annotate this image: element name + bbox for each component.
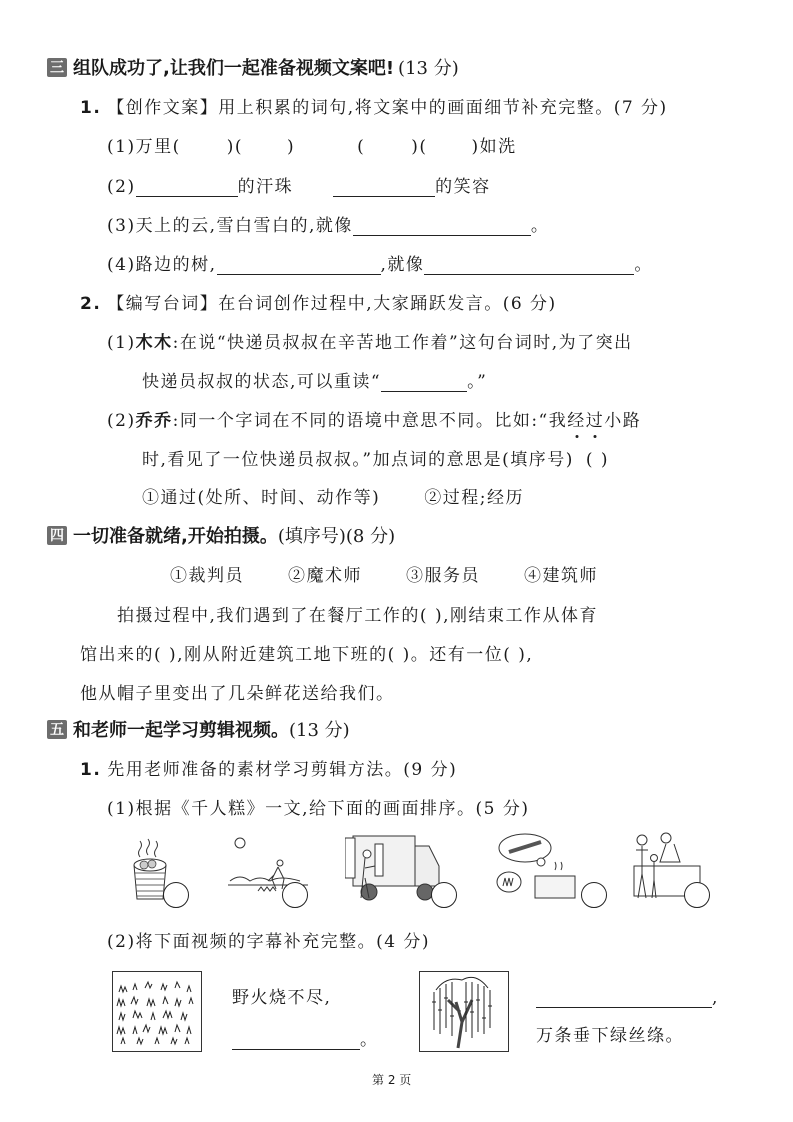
order-answer-circle[interactable] — [431, 882, 457, 908]
item-text: )( — [411, 137, 427, 157]
section5-heading: 五 和老师一起学习剪辑视频。 (13 分) — [47, 716, 350, 742]
q2-item1-line2: 快递员叔叔的状态,可以重读“。” — [142, 367, 487, 392]
section4-para-line2: 馆出来的( ),刚从附近建筑工地下班的( )。还有一位( ), — [80, 640, 533, 665]
answer-blank[interactable] — [232, 1032, 360, 1050]
order-answer-circle[interactable] — [282, 882, 308, 908]
section4-hint: (填序号)(8 分) — [278, 522, 395, 548]
item-text: :同一个字词在不同的语境中意思不同。比如:“我 — [173, 411, 568, 431]
q-number: 1. — [80, 760, 101, 780]
section3-heading: 三 组队成功了,让我们一起准备视频文案吧! (13 分) — [47, 54, 459, 80]
item-text: ,就像 — [381, 255, 425, 275]
item-text: )如洗 — [472, 137, 517, 157]
section5-title: 和老师一起学习剪辑视频。 — [73, 716, 289, 742]
order-answer-circle[interactable] — [684, 882, 710, 908]
speaker-name: 木木 — [136, 333, 173, 353]
item-text: 的汗珠 — [238, 177, 294, 197]
answer-blank[interactable] — [536, 990, 712, 1008]
item-text: ( — [357, 137, 365, 157]
item-text: 。 — [634, 255, 653, 275]
answer-blank[interactable] — [424, 257, 634, 275]
q1-item1: (1)万里()()()()如洗 — [107, 132, 517, 157]
s5-q1-heading: 1.先用老师准备的素材学习剪辑方法。(9 分) — [80, 755, 457, 780]
grassland-illustration — [112, 971, 202, 1052]
item-label: (1) — [107, 137, 136, 157]
section4-title: 一切准备就绪,开始拍摄。 — [73, 522, 278, 548]
answer-blank[interactable] — [333, 179, 435, 197]
item-text: 的笑容 — [435, 177, 491, 197]
order-answer-circle[interactable] — [163, 882, 189, 908]
q2-item2-options: ①通过(处所、时间、动作等)②过程;经历 — [142, 483, 524, 508]
section4-para-line3: 他从帽子里变出了几朵鲜花送给我们。 — [80, 679, 395, 704]
q2-item1-line1: (1)木木:在说“快递员叔叔在辛苦地工作着”这句台词时,为了突出 — [107, 328, 633, 353]
q-title: 先用老师准备的素材学习剪辑方法。(9 分) — [107, 760, 457, 780]
item-text: :在说“快递员叔叔在辛苦地工作着”这句台词时,为了突出 — [173, 333, 633, 353]
option-item: ④建筑师 — [524, 561, 598, 586]
caption-text: , — [712, 988, 719, 1008]
item-label: (1) — [107, 333, 136, 353]
item-text: ) — [287, 137, 295, 157]
item-label: (3) — [107, 216, 136, 236]
section-number-badge: 五 — [47, 720, 67, 739]
item-text: 快递员叔叔的状态,可以重读“ — [142, 372, 381, 392]
caption2-line1: , — [536, 988, 719, 1008]
caption1-line2: 。 — [232, 1025, 379, 1050]
section4-para-line1: 拍摄过程中,我们遇到了在餐厅工作的( ),刚结束工作从体育 — [117, 601, 598, 626]
item-text: )( — [227, 137, 243, 157]
item-text: 天上的云,雪白雪白的,就像 — [136, 216, 353, 236]
q1-item3: (3)天上的云,雪白雪白的,就像。 — [107, 211, 549, 236]
q2-number: 2. — [80, 294, 101, 314]
section-number-badge: 三 — [47, 58, 67, 77]
item-text: 时,看见了一位快递员叔叔。”加点词的意思是(填序号) — [142, 450, 574, 470]
option-item: ③服务员 — [406, 561, 480, 586]
option-item: ①裁判员 — [170, 561, 244, 586]
item-text: 。 — [531, 216, 550, 236]
item-label: (2) — [107, 411, 136, 431]
q2-item2-line1: (2)乔乔:同一个字词在不同的语境中意思不同。比如:“我经过小路 — [107, 406, 641, 431]
item-text: 。” — [467, 372, 487, 392]
q2-heading: 2.【编写台词】在台词创作过程中,大家踊跃发言。(6 分) — [80, 289, 557, 314]
section4-options: ①裁判员 ②魔术师 ③服务员 ④建筑师 — [170, 561, 598, 586]
s5-sub1: (1)根据《千人糕》一文,给下面的画面排序。(5 分) — [107, 794, 529, 819]
order-answer-circle[interactable] — [581, 882, 607, 908]
section3-score: (13 分) — [398, 54, 459, 80]
cooking-rice-illustration — [495, 832, 585, 904]
page-number: 第 2 页 — [372, 1071, 411, 1088]
answer-paren[interactable]: ( ) — [586, 450, 609, 470]
option-item: ②魔术师 — [288, 561, 362, 586]
option-2: ②过程;经历 — [424, 488, 524, 508]
q1-item4: (4)路边的树,,就像。 — [107, 250, 653, 275]
delivery-truck-illustration — [345, 832, 445, 904]
item-label: (2) — [107, 177, 136, 197]
q1-number: 1. — [80, 98, 101, 118]
caption-text: 。 — [360, 1030, 379, 1050]
item-text: 路边的树, — [136, 255, 217, 275]
willow-tree-illustration — [419, 971, 509, 1052]
section3-title: 组队成功了,让我们一起准备视频文案吧! — [73, 54, 394, 80]
q1-item2: (2)的汗珠的笑容 — [107, 172, 491, 197]
dotted-word: 经 — [567, 411, 586, 431]
section-number-badge: 四 — [47, 526, 67, 545]
answer-blank[interactable] — [217, 257, 381, 275]
answer-blank[interactable] — [353, 218, 531, 236]
option-1: ①通过(处所、时间、动作等) — [142, 488, 380, 508]
item-text: 万里( — [136, 137, 181, 157]
item-label: (4) — [107, 255, 136, 275]
answer-blank[interactable] — [136, 179, 238, 197]
caption1-line1: 野火烧不尽, — [232, 983, 331, 1008]
q2-title: 【编写台词】在台词创作过程中,大家踊跃发言。(6 分) — [107, 294, 556, 314]
s5-sub2: (2)将下面视频的字幕补充完整。(4 分) — [107, 927, 430, 952]
dotted-word: 过 — [586, 411, 605, 431]
q1-heading: 1.【创作文案】用上积累的词句,将文案中的画面细节补充完整。(7 分) — [80, 93, 668, 118]
q1-title: 【创作文案】用上积累的词句,将文案中的画面细节补充完整。(7 分) — [107, 98, 667, 118]
section5-score: (13 分) — [289, 716, 350, 742]
caption2-line2: 万条垂下绿丝绦。 — [536, 1021, 684, 1046]
q2-item2-line2: 时,看见了一位快递员叔叔。”加点词的意思是(填序号)( ) — [142, 445, 609, 470]
answer-blank[interactable] — [381, 374, 467, 392]
speaker-name: 乔乔 — [136, 411, 173, 431]
item-text: 小路 — [604, 411, 641, 431]
section4-heading: 四 一切准备就绪,开始拍摄。 (填序号)(8 分) — [47, 522, 395, 548]
